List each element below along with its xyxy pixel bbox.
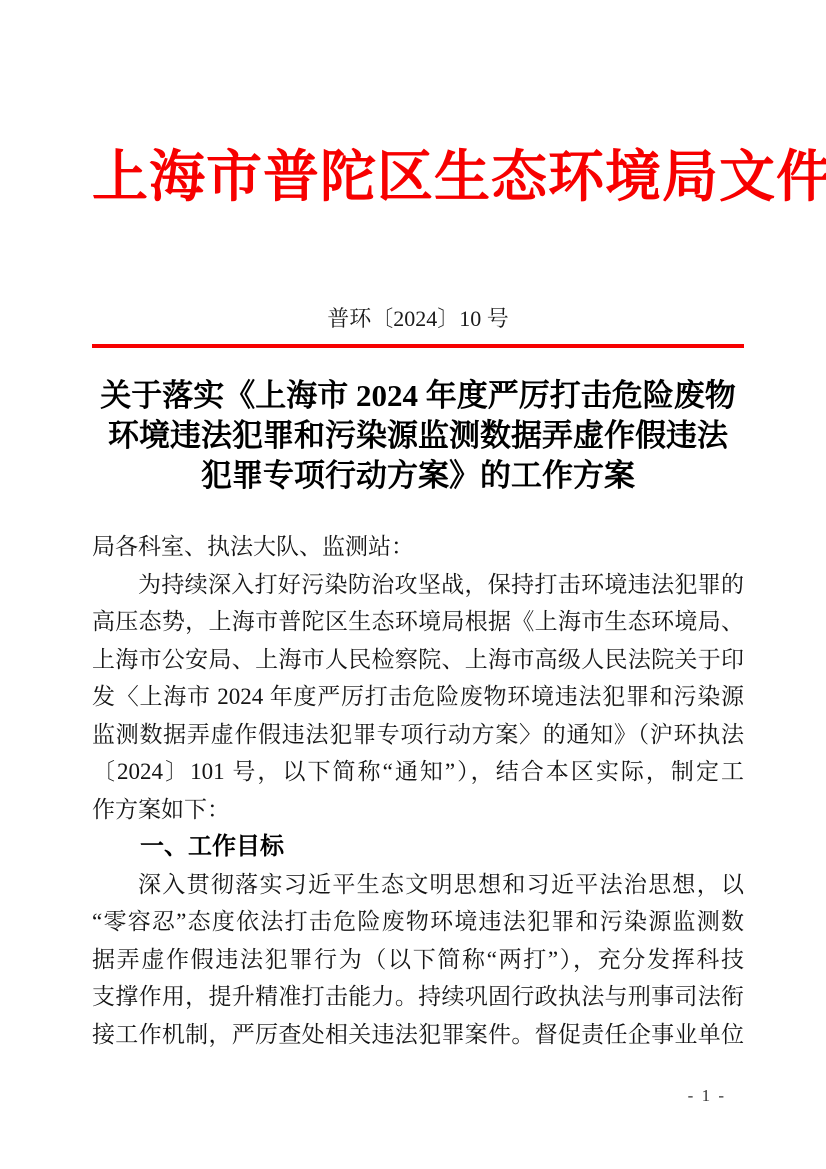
page-number: - 1 - <box>688 1086 726 1106</box>
document-number: 普环〔2024〕10 号 <box>92 306 744 332</box>
salutation-line: 局各科室、执法大队、监测站： <box>92 528 744 566</box>
body-line: 发〈上海市 2024 年度严厉打击危险废物环境违法犯罪和污染源 <box>92 678 744 716</box>
document-title-line: 犯罪专项行动方案》的工作方案 <box>92 456 744 496</box>
section-1-heading: 一、工作目标 <box>92 828 744 866</box>
document-content: 上海市普陀区生态环境局文件 普环〔2024〕10 号 关于落实《上海市 2024… <box>0 148 826 1053</box>
body-line: 为持续深入打好污染防治攻坚战，保持打击环境违法犯罪的 <box>92 566 744 604</box>
body-line: 深入贯彻落实习近平生态文明思想和习近平法治思想，以 <box>92 866 744 904</box>
body-line: 接工作机制，严厉查处相关违法犯罪案件。督促责任企事业单位 <box>92 1016 744 1054</box>
document-title: 关于落实《上海市 2024 年度严厉打击危险废物 环境违法犯罪和污染源监测数据弄… <box>92 376 744 496</box>
agency-title: 上海市普陀区生态环境局文件 <box>92 148 744 208</box>
document-title-line: 关于落实《上海市 2024 年度严厉打击危险废物 <box>92 376 744 416</box>
body-line: “零容忍”态度依法打击危险废物环境违法犯罪和污染源监测数 <box>92 903 744 941</box>
document-page: 上海市普陀区生态环境局文件 普环〔2024〕10 号 关于落实《上海市 2024… <box>0 0 826 1169</box>
paragraph-1: 为持续深入打好污染防治攻坚战，保持打击环境违法犯罪的 高压态势，上海市普陀区生态… <box>92 566 744 829</box>
body-line: 作方案如下： <box>92 791 744 829</box>
document-body: 局各科室、执法大队、监测站： 为持续深入打好污染防治攻坚战，保持打击环境违法犯罪… <box>92 528 744 1053</box>
body-line: 支撑作用，提升精准打击能力。持续巩固行政执法与刑事司法衔 <box>92 978 744 1016</box>
body-line: 〔2024〕101 号，以下简称“通知”），结合本区实际，制定工 <box>92 753 744 791</box>
body-line: 据弄虚作假违法犯罪行为（以下简称“两打”），充分发挥科技 <box>92 941 744 979</box>
body-line: 监测数据弄虚作假违法犯罪专项行动方案〉的通知》（沪环执法 <box>92 716 744 754</box>
paragraph-2: 深入贯彻落实习近平生态文明思想和习近平法治思想，以 “零容忍”态度依法打击危险废… <box>92 866 744 1054</box>
document-title-line: 环境违法犯罪和污染源监测数据弄虚作假违法 <box>92 416 744 456</box>
red-divider-line <box>92 344 744 348</box>
body-line: 高压态势，上海市普陀区生态环境局根据《上海市生态环境局、 <box>92 603 744 641</box>
body-line: 上海市公安局、上海市人民检察院、上海市高级人民法院关于印 <box>92 641 744 679</box>
